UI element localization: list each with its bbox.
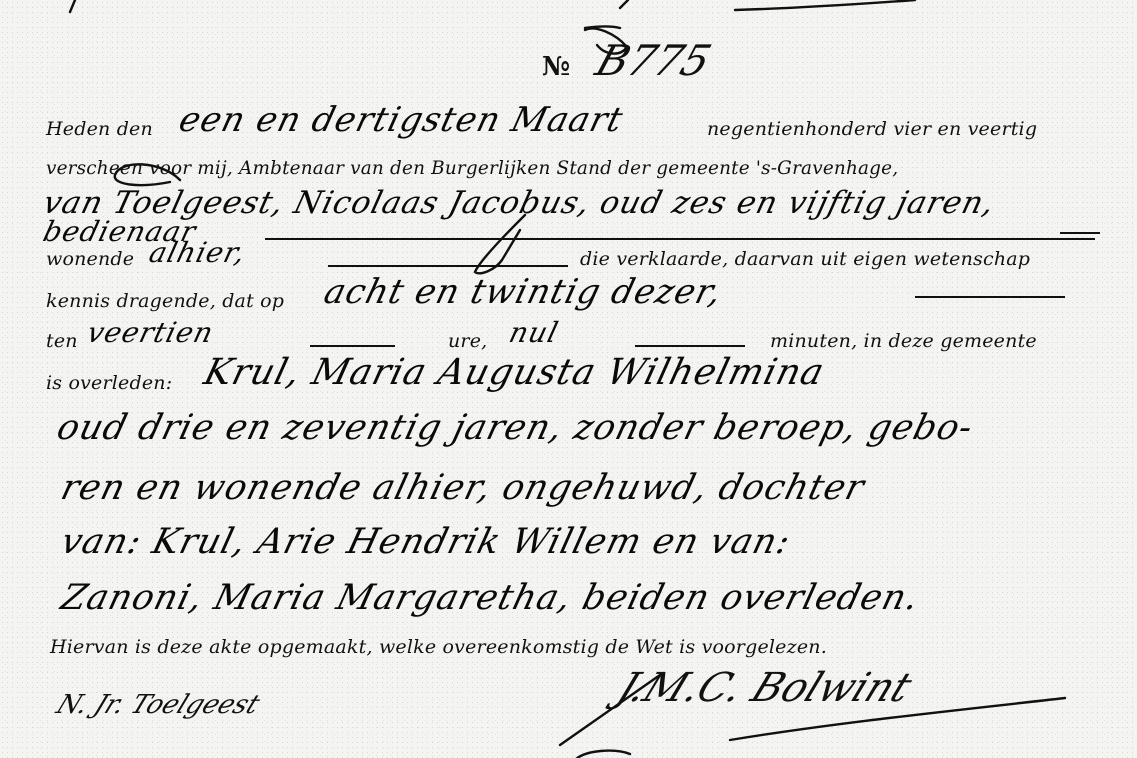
handwritten-minutes: nul — [506, 316, 562, 349]
printed-ure: ure, — [448, 330, 487, 352]
handwritten-date: een en dertigsten Maart — [175, 100, 627, 140]
printed-die-verklaarde: die verklaarde, daarvan uit eigen wetens… — [580, 248, 1030, 270]
fill-rule — [328, 265, 568, 267]
handwritten-father: van: Krul, Arie Hendrik Willem en van: — [57, 522, 795, 562]
top-edge-strokes — [0, 0, 1137, 30]
printed-closing: Hiervan is deze akte opgemaakt, welke ov… — [50, 636, 827, 658]
signature-underline — [540, 660, 1100, 758]
handwritten-birth-residence: ren en wonende alhier, ongehuwd, dochter — [57, 468, 869, 508]
printed-ten: ten — [46, 330, 78, 352]
fill-rule — [915, 296, 1065, 298]
printed-minuten: minuten, in deze gemeente — [770, 330, 1037, 352]
printed-year: negentienhonderd vier en veertig — [707, 118, 1037, 140]
fill-rule — [310, 345, 395, 347]
dash-loop-stroke — [440, 210, 540, 280]
fill-rule — [635, 345, 745, 347]
handwritten-age-occupation: oud drie en zeventig jaren, zonder beroe… — [53, 408, 977, 448]
handwritten-residence: alhier, — [146, 236, 250, 269]
record-number-value: B775 — [590, 36, 717, 85]
signature-declarant: N. Jr. Toelgeest — [52, 690, 264, 720]
number-sign: № — [542, 52, 570, 82]
handwritten-mother: Zanoni, Maria Margaretha, beiden overled… — [57, 578, 923, 618]
printed-heden-den: Heden den — [46, 118, 153, 140]
fill-rule — [1060, 232, 1100, 234]
handwritten-death-date: acht en twintig dezer, — [320, 272, 726, 312]
printed-wonende: wonende — [46, 248, 134, 270]
handwritten-deceased-name: Krul, Maria Augusta Wilhelmina — [200, 352, 829, 393]
fill-rule — [265, 238, 1095, 240]
printed-kennis-dragende: kennis dragende, dat op — [46, 290, 284, 312]
printed-is-overleden: is overleden: — [46, 372, 172, 394]
handwritten-hour: veertien — [84, 316, 217, 349]
